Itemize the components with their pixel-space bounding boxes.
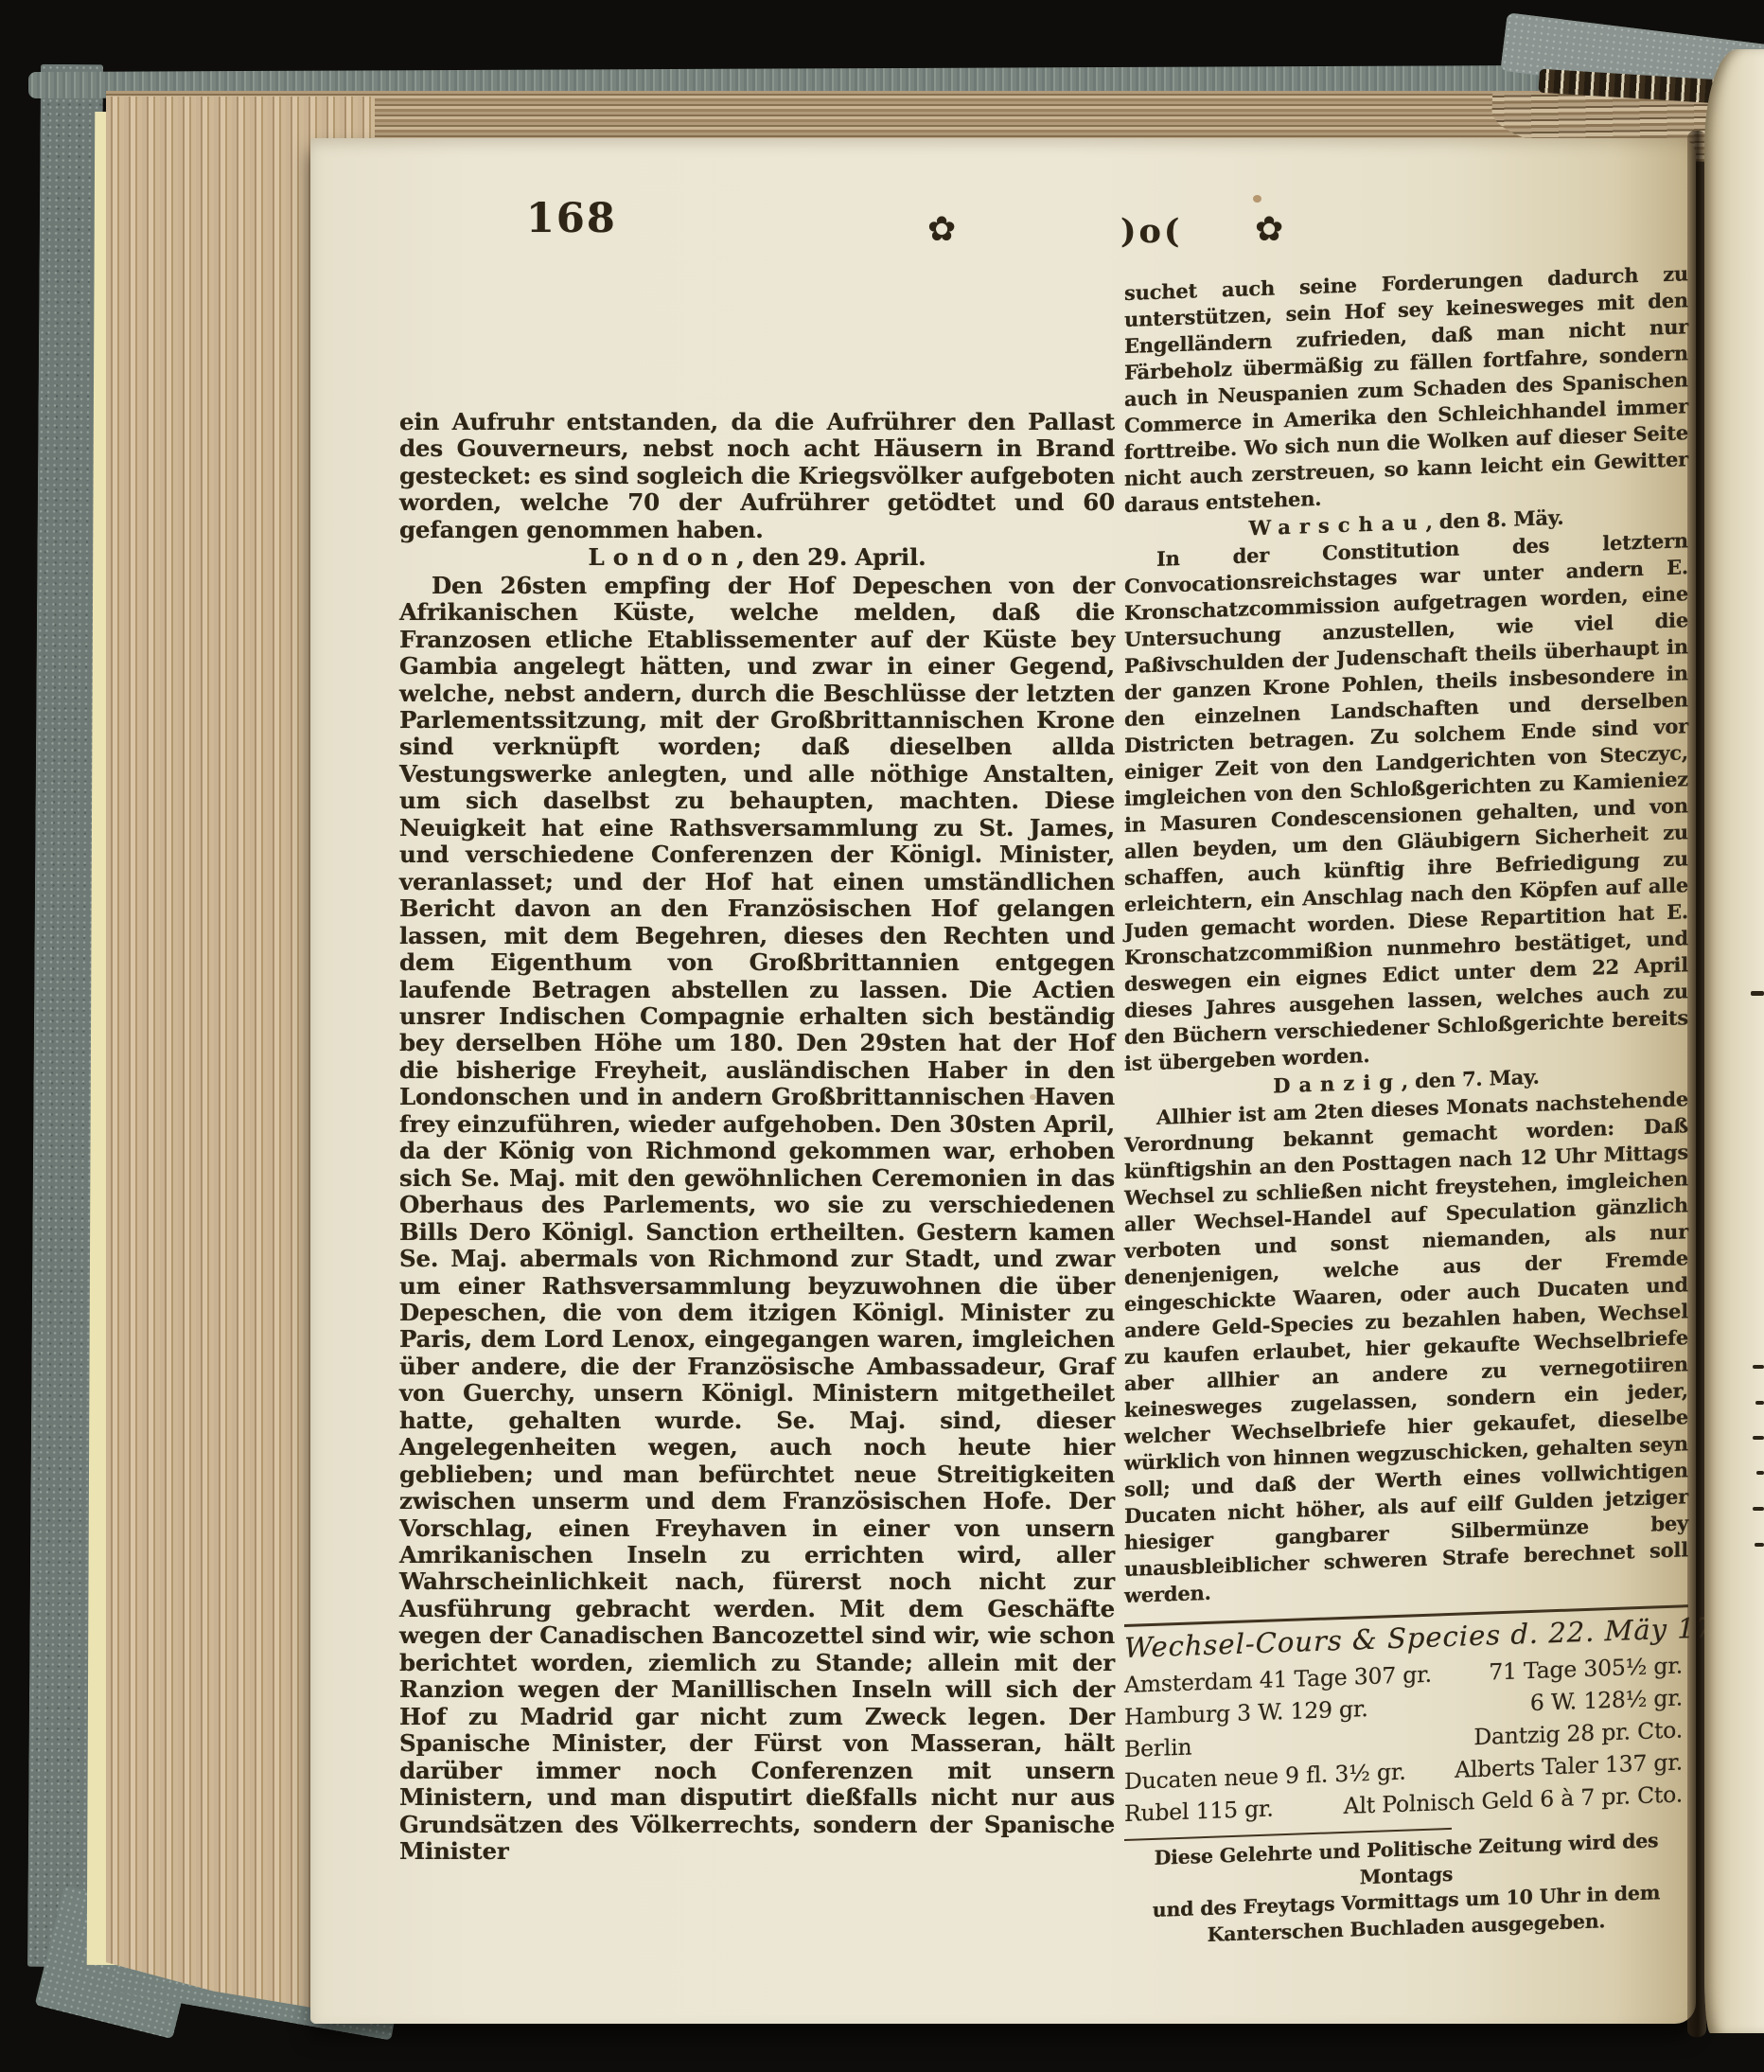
left-column: ein Aufruhr entstanden, da die Aufrührer…: [399, 409, 1115, 1865]
dateline-city: Danzig: [1273, 1070, 1402, 1098]
imprint-footer: Diese Gelehrte und Politische Zeitung wi…: [1124, 1827, 1688, 1951]
rosette-ornament-icon: ✿: [927, 210, 956, 249]
body-paragraph: In der Constitution des letztern Convoca…: [1124, 527, 1688, 1077]
dateline-date: , den 29. April.: [736, 543, 926, 571]
dateline-date: , den 8. Mäy.: [1426, 505, 1564, 534]
dateline-date: , den 7. May.: [1402, 1065, 1540, 1093]
body-paragraph: Allhier ist am 2ten dieses Monats nachst…: [1124, 1086, 1688, 1609]
gutter-crease-shadow: [1687, 131, 1706, 2037]
scan-background: { "page": { "number": "168", "ornament_l…: [0, 0, 1764, 2072]
right-column: suchet auch seine Forderungen dadurch zu…: [1124, 260, 1688, 1951]
foxing-spot: [1030, 1094, 1036, 1100]
body-paragraph: ein Aufruhr entstanden, da die Aufrührer…: [399, 409, 1115, 543]
facing-page-edge: [1704, 49, 1764, 2033]
exchange-cell-left: Berlin: [1124, 1731, 1191, 1765]
page-surface: 168 ✿ )o( ✿ ein Aufruhr entstanden, da d…: [310, 138, 1696, 2024]
rosette-ornament-icon: ✿: [1255, 210, 1283, 249]
foxing-spot: [1253, 195, 1261, 203]
exchange-cell-left: Rubel 115 gr.: [1124, 1792, 1274, 1830]
page-number: 168: [526, 195, 617, 242]
exchange-cell-right: 6 W. 128½ gr.: [1530, 1681, 1683, 1719]
dateline-city: Warschau: [1248, 510, 1425, 540]
header-signature-mark: )o(: [1120, 212, 1182, 251]
dateline-heading: London, den 29. April.: [399, 544, 1115, 571]
exchange-rows: Amsterdam 41 Tage 307 gr.71 Tage 305½ gr…: [1124, 1649, 1688, 1830]
dateline-city: London: [589, 543, 737, 571]
body-paragraph: Den 26sten empfing der Hof Depeschen von…: [399, 573, 1115, 1866]
body-paragraph: suchet auch seine Forderungen dadurch zu…: [1124, 260, 1688, 519]
exchange-rates-section: Wechsel-Cours & Species d. 22. Mäy 1766.…: [1124, 1604, 1688, 1951]
